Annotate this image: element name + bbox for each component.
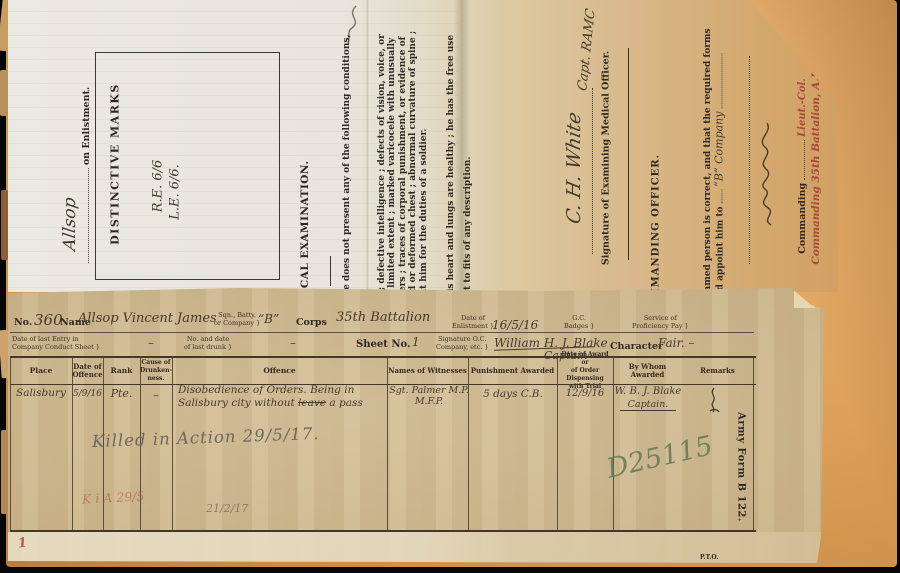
conduct-sheet-page: No. 360 Name Allsop Vincent James Sqn., …: [8, 286, 824, 563]
character-label: Character: [610, 341, 663, 352]
entry-rank: Pte.: [103, 387, 140, 400]
no-value: 360: [34, 311, 63, 329]
column-rule: [72, 356, 73, 531]
remarks-initial-mark: [706, 386, 722, 414]
certify-text-line: e-named person is correct, and that the …: [703, 28, 713, 292]
pencil-date-note: 21/2/17: [206, 502, 248, 515]
entry-witness-1: Sgt. Palmer M.P.: [388, 385, 470, 396]
column-rule: [10, 356, 11, 531]
col-rank: Rank: [103, 358, 140, 384]
proficiency-pay-label: Service of Proficiency Pay }: [632, 315, 689, 330]
squadron-label: Sqn., Batty. or Company }: [214, 312, 260, 327]
enlist-value: 16/5/16: [492, 318, 538, 332]
paper-crease: [366, 0, 369, 292]
commanding-label: Commanding: [797, 183, 808, 254]
enlist-label: Date of Enlistment }: [452, 315, 494, 330]
entry-offence: Disobedience of Orders. Being in Salisbu…: [178, 384, 390, 410]
exam-text-line: ; his heart and lungs are healthy ; he h…: [446, 35, 456, 292]
exam-text-line: fit him for the duties of a soldier.: [419, 128, 429, 292]
exam-text-line: on ; defective intelligence ; defects of…: [377, 34, 387, 292]
dotted-leader: [714, 54, 723, 109]
offence-line2-pre: Salisbury city without: [178, 397, 295, 409]
company-entry: “B” Company: [713, 112, 726, 187]
last-drunk-value: –: [290, 336, 296, 350]
battalion-stamp: Commanding 35th Battalion, A.I.F.: [810, 59, 822, 264]
col-place: Place: [10, 358, 72, 384]
offence-line2-post: a pass: [329, 397, 362, 409]
entry-awarded-by-rank: Captain.: [620, 399, 676, 411]
last-entry-label: Date of last Entry in Company Conduct Sh…: [12, 336, 100, 351]
enlistment-label: on Enlistment.: [81, 87, 92, 165]
no-label: No.: [14, 317, 32, 328]
entry-place: Salisbury: [10, 387, 72, 399]
col-date-of-offence: Date of Offence: [72, 358, 103, 384]
entry-awarded-by: W. B. J. Blake: [614, 386, 682, 397]
col-award-date: Date of Award or of Order Dispensing wit…: [557, 358, 613, 384]
exam-text-line: acted or deformed chest ; abnormal curva…: [408, 31, 418, 292]
red-pencil-note: K i A 29/5: [82, 488, 145, 506]
commanding-officer-heading: COMMANDING OFFICER.: [651, 154, 662, 292]
column-rule: [468, 356, 469, 531]
examiner-rank: Capt. RAMC: [575, 7, 598, 93]
name-value: Allsop Vincent James: [78, 311, 217, 326]
gc-badges-label: G.C. Badges }: [564, 315, 594, 330]
dotted-leader: [80, 168, 89, 263]
vision-left-entry: L.E. 6/6.: [168, 164, 183, 220]
distinctive-marks-box: [95, 52, 280, 280]
rank-stamp: Lieut.-Col.: [797, 78, 808, 137]
examiner-label: Signature of Examining Medical Officer.: [601, 51, 612, 265]
entry-punishment: 5 days C.B.: [470, 388, 556, 400]
appointment-printed: d appoint him to: [716, 206, 726, 290]
distinctive-marks-title: DISTINCTIVE MARKS: [109, 83, 122, 245]
header-rule: [10, 332, 754, 333]
column-rule: [557, 356, 558, 531]
entry-date: 5/9/16: [72, 389, 103, 399]
exam-text-line: ulcers ; traces of corporal punishment, …: [398, 36, 408, 292]
col-by-whom: By Whom Awarded: [613, 358, 682, 384]
pto-label: P.T.O.: [700, 554, 718, 561]
vision-right-entry: R.E. 6/6: [151, 160, 166, 213]
squadron-value: “B”: [258, 312, 279, 326]
recruit-signature: Allsop: [60, 196, 80, 252]
entry-cause: –: [140, 389, 172, 402]
heading-rule: [330, 256, 331, 286]
column-rule: [387, 356, 388, 531]
oc-signature-label: Signature O.C. Company, etc. }: [436, 336, 489, 351]
commanding-line: Commanding Lieut.-Col.: [796, 78, 808, 254]
col-remarks: Remarks: [682, 358, 753, 384]
col-offence: Offence: [172, 358, 387, 384]
last-drunk-label: No. and date of last drunk }: [184, 336, 232, 351]
offence-struck-word: leave: [298, 397, 326, 409]
section-rule: [628, 48, 629, 260]
column-rule: [753, 356, 754, 531]
entry-award-date: 12/9/16: [558, 388, 612, 399]
signature-dotted-rule: [592, 88, 593, 254]
registry-number-stamp: D25115: [604, 430, 716, 484]
corps-value: 35th Battalion: [336, 310, 430, 325]
dotted-leader: [714, 190, 723, 204]
col-witnesses: Names of Witnesses: [387, 358, 468, 384]
entry-witness-2: M.F.P.: [388, 396, 470, 407]
red-page-number: 1: [17, 535, 28, 551]
exam-text-line: ct to fits of any description.: [463, 157, 473, 293]
appointment-line: d appoint him to “B” Company: [713, 54, 726, 291]
column-rule: [613, 356, 614, 531]
col-cause: Cause of Drunken- ness.: [140, 358, 172, 384]
medical-form-page: Allsop on Enlistment. DISTINCTIVE MARKS …: [8, 0, 838, 292]
exam-text-line: at he does not present any of the follow…: [342, 34, 352, 292]
scanned-service-record: Allsop on Enlistment. DISTINCTIVE MARKS …: [0, 0, 900, 573]
army-form-number: Army Form B 122.: [736, 412, 747, 522]
killed-in-action-note: Killed in Action 29/5/17.: [92, 424, 320, 451]
co-signature-scrawl: [759, 117, 783, 227]
corps-label: Corps: [296, 317, 327, 328]
sheet-no-label: Sheet No.: [356, 339, 410, 350]
dotted-leader: [796, 140, 805, 180]
certify-dotted-rule: [749, 56, 750, 264]
offence-line1: Disobedience of Orders. Being in: [178, 384, 354, 396]
last-entry-value: –: [148, 336, 154, 350]
medical-exam-heading: ICAL EXAMINATION.: [299, 160, 311, 292]
torn-edge-fragment: [1, 190, 8, 260]
sheet-no-value: 1: [412, 335, 420, 349]
character-value: Fair. –: [658, 336, 695, 350]
col-punishment: Punishment Awarded: [468, 358, 557, 384]
examiner-signature: C. H. White: [563, 110, 585, 226]
enlistment-line: on Enlistment.: [80, 87, 92, 263]
torn-edge-fragment: [1, 430, 9, 514]
torn-edge-fragment: [0, 70, 9, 116]
exam-text-line: d a limited extent ; marked varicocele w…: [387, 38, 397, 292]
